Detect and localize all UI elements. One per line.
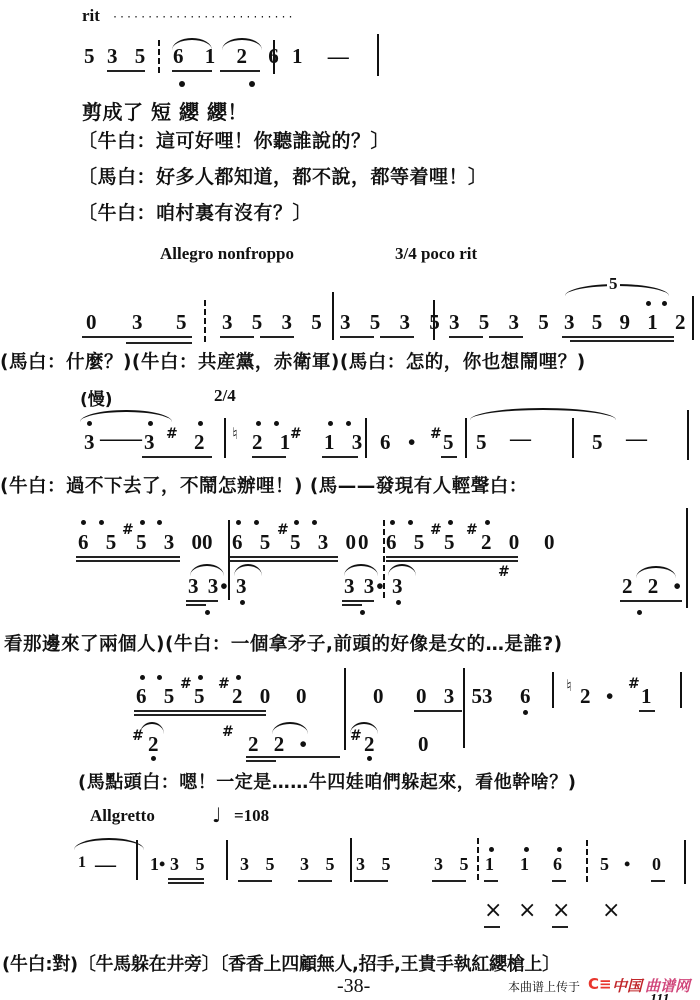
barline <box>136 840 138 880</box>
sixteenth-underline <box>260 336 294 338</box>
sixteenth-underline <box>562 336 674 338</box>
sixteenth-underline <box>76 556 180 558</box>
augmentation-dot: • <box>606 684 613 709</box>
note: 3 <box>392 574 403 599</box>
upper-octave-dot <box>328 421 333 426</box>
lower-octave-dot <box>205 610 210 615</box>
note-group: 3 5 <box>300 854 341 875</box>
percussion-cross: × <box>602 898 620 923</box>
eighth-underline <box>220 70 260 72</box>
sharp-sign: # <box>132 728 144 744</box>
note: 5 <box>476 430 487 455</box>
stage-direction-line: (牛白:對)〔牛馬躲在井旁〕〔香香上四顧無人,招手,王貴手執紅纓槍上〕 <box>2 950 560 976</box>
rest: 0 <box>296 684 307 709</box>
upper-octave-dot <box>140 675 145 680</box>
note-group: 3 3• <box>344 574 386 599</box>
upper-octave-dot <box>148 421 153 426</box>
dialogue-line: (牛白：過不下去了，不鬧怎辦哩！) (馬——發現有人輕聲白： <box>0 472 528 498</box>
lower-octave-dot <box>360 610 365 615</box>
barline <box>158 40 160 76</box>
corner-number: 111 <box>650 992 669 1000</box>
barline <box>344 668 346 750</box>
note: 6 <box>520 684 531 709</box>
note-group: 2 0 <box>232 684 276 709</box>
percussion-cross: × <box>518 898 536 923</box>
slur <box>80 410 172 422</box>
eighth-underline <box>552 926 568 928</box>
augmentation-dot: • <box>624 854 630 875</box>
upper-octave-dot <box>646 301 651 306</box>
note-group: 3 5 <box>170 854 211 875</box>
sharp-sign: # <box>466 522 478 538</box>
meter-marking: 3/4 poco rit <box>395 244 477 264</box>
lower-octave-dot <box>249 81 255 87</box>
note: 5 <box>84 44 95 69</box>
upper-octave-dot <box>408 520 413 525</box>
eighth-underline <box>620 600 682 602</box>
note-group: 5 3 0 <box>136 530 208 555</box>
sharp-sign: # <box>498 564 510 580</box>
sixteenth-underline <box>340 336 374 338</box>
note: 2 <box>194 430 205 455</box>
augmentation-dot: • <box>408 430 415 455</box>
note: 3 <box>132 310 143 335</box>
sixteenth-underline <box>380 336 414 338</box>
thirtysecond-underline <box>134 714 266 716</box>
barline <box>692 296 694 340</box>
note-group: 2 2 • <box>248 732 312 757</box>
upper-octave-dot <box>489 847 494 852</box>
tie <box>74 838 144 850</box>
watermark-logo-icon: C≡ <box>588 975 612 993</box>
sharp-sign: # <box>430 426 442 442</box>
sixteenth-underline <box>489 336 523 338</box>
eighth-underline <box>484 880 498 882</box>
percussion-cross: × <box>552 898 570 923</box>
lyrics-line: 剪成了 短 纓 纓！ <box>82 96 248 125</box>
upper-octave-dot <box>254 520 259 525</box>
eighth-underline <box>246 756 340 758</box>
eighth-underline <box>82 336 192 338</box>
upper-octave-dot <box>87 421 92 426</box>
note: 1 <box>641 684 652 709</box>
dialogue-line: (馬白：什麼？)(牛白：共産黨，赤衛軍)(馬白：怎的，你也想鬧哩？) <box>0 348 586 374</box>
upper-octave-dot <box>312 520 317 525</box>
sharp-sign: # <box>430 522 442 538</box>
rest: 0 <box>544 530 555 555</box>
barline <box>226 840 228 880</box>
thirtysecond-underline <box>76 560 180 562</box>
sharp-sign: # <box>180 676 192 692</box>
note: 5 <box>444 530 455 555</box>
note: 2 <box>148 732 159 757</box>
note: 3 <box>236 574 247 599</box>
sharp-sign: # <box>350 728 362 744</box>
upper-octave-dot <box>236 520 241 525</box>
tie <box>470 408 616 420</box>
upper-octave-dot <box>140 520 145 525</box>
lower-octave-dot <box>367 756 372 761</box>
natural-sign: ♮ <box>232 424 238 443</box>
note: 3 <box>84 430 95 455</box>
note-group: 3 5 <box>356 854 397 875</box>
note: 5 <box>176 310 187 335</box>
note: 2 <box>364 732 375 757</box>
percussion-cross: × <box>484 898 502 923</box>
eighth-underline <box>298 880 332 882</box>
note: 2 <box>580 684 591 709</box>
sixteenth-underline <box>230 556 338 558</box>
tempo-marking-rit: rit <box>82 6 100 26</box>
lower-octave-dot <box>240 600 245 605</box>
note-group: 6 1 2 6 <box>173 44 287 69</box>
note-group: 0 3 5 <box>416 684 488 709</box>
upper-octave-dot <box>557 847 562 852</box>
barline <box>686 508 688 608</box>
sharp-sign: # <box>222 724 234 740</box>
eighth-underline <box>484 926 500 928</box>
barline <box>552 672 554 708</box>
barline <box>204 300 206 344</box>
quarter-note-icon: ♩ <box>212 803 221 827</box>
barline <box>680 672 682 708</box>
note-group: 6 5 <box>136 684 180 709</box>
sixteenth-underline <box>126 342 192 344</box>
rest: 0 <box>358 530 369 555</box>
upper-octave-dot <box>81 520 86 525</box>
thirtysecond-underline <box>570 340 674 342</box>
rest: 0 <box>418 732 429 757</box>
dash: — <box>510 426 531 451</box>
sixteenth-underline <box>168 878 204 880</box>
sharp-sign: # <box>218 676 230 692</box>
upper-octave-dot <box>256 421 261 426</box>
barline <box>365 418 367 458</box>
sharp-sign: # <box>290 426 302 442</box>
note: 6 <box>553 854 562 875</box>
barline <box>586 840 588 882</box>
note: 0 <box>86 310 97 335</box>
barline <box>572 418 574 458</box>
note-group: 5 3 0 <box>290 530 362 555</box>
note: 3 <box>482 684 493 709</box>
upper-octave-dot <box>390 520 395 525</box>
sharp-sign: # <box>166 426 178 442</box>
barline <box>224 418 226 458</box>
barline <box>332 292 334 340</box>
lower-octave-dot <box>637 610 642 615</box>
eighth-underline <box>238 880 272 882</box>
barline <box>477 838 479 882</box>
note-group: 1 — <box>292 44 359 69</box>
note-group: 3 5 <box>434 854 475 875</box>
barline <box>465 418 467 458</box>
lower-octave-dot <box>523 710 528 715</box>
upper-octave-dot <box>157 520 162 525</box>
eighth-underline <box>432 880 466 882</box>
tempo-marking: Allgretto <box>90 806 155 826</box>
sixteenth-underline <box>186 600 218 602</box>
rest: 0 <box>202 530 213 555</box>
tempo-marking: Allegro nonfroppo <box>160 244 294 264</box>
eighth-underline <box>107 70 145 72</box>
thirtysecond-underline <box>186 604 206 606</box>
meter-marking: 2/4 <box>214 386 236 406</box>
barline <box>687 410 689 460</box>
barline <box>273 40 275 74</box>
sixteenth-underline <box>220 336 254 338</box>
note: 5 <box>194 684 205 709</box>
note-group: 2 2 • <box>622 574 686 599</box>
sixteenth-underline <box>342 600 374 602</box>
note-group: 6 5 <box>386 530 430 555</box>
dash: —— <box>100 426 142 451</box>
barline <box>377 34 379 76</box>
eighth-underline <box>172 70 212 72</box>
note-group: 3 5 <box>240 854 281 875</box>
dash: — <box>626 426 647 451</box>
eighth-underline <box>322 456 358 458</box>
eighth-underline <box>142 456 212 458</box>
rest: 0 <box>652 854 661 875</box>
upper-octave-dot <box>294 520 299 525</box>
sixteenth-underline <box>134 710 266 712</box>
eighth-underline <box>252 456 286 458</box>
dialogue-line: 〔牛白：這可好哩！你聽誰說的？〕 <box>78 126 390 153</box>
note-group: 3 3• <box>188 574 230 599</box>
sixteenth-underline <box>449 336 483 338</box>
watermark-text: 本曲谱上传于 <box>508 978 580 995</box>
eighth-underline <box>354 880 388 882</box>
sharp-sign: # <box>122 522 134 538</box>
upper-octave-dot <box>448 520 453 525</box>
note-group: 6 5 <box>232 530 276 555</box>
dialogue-line: 看那邊來了兩個人)(牛白：一個拿矛子,前頭的好像是女的…是誰?) <box>4 630 563 656</box>
eighth-underline <box>414 710 462 712</box>
rit-dotted-line: ·························· <box>112 12 295 23</box>
note-group: 6 5 <box>78 530 122 555</box>
note-group: 3 5 3 5 <box>340 310 447 335</box>
metronome-value: =108 <box>234 806 269 826</box>
natural-sign: ♮ <box>566 676 572 695</box>
thirtysecond-underline <box>386 560 518 562</box>
sixteenth-underline <box>246 760 276 762</box>
note-group: 3 5 3 5 <box>449 310 556 335</box>
upper-octave-dot <box>198 675 203 680</box>
lower-octave-dot <box>396 600 401 605</box>
note: 1 <box>78 854 86 872</box>
note: 5 <box>600 854 609 875</box>
note: 5 <box>592 430 603 455</box>
thirtysecond-underline <box>168 882 204 884</box>
eighth-underline <box>651 880 665 882</box>
barline <box>433 300 435 340</box>
sharp-sign: # <box>277 522 289 538</box>
upper-octave-dot <box>236 675 241 680</box>
note: 1 <box>485 854 494 875</box>
eighth-underline <box>552 880 566 882</box>
eighth-underline <box>639 710 655 712</box>
lower-octave-dot <box>151 756 156 761</box>
note-group: 1 3 <box>324 430 368 455</box>
thirtysecond-underline <box>342 604 362 606</box>
barline <box>350 838 352 882</box>
upper-octave-dot <box>198 421 203 426</box>
barline <box>684 840 686 884</box>
thirtysecond-underline <box>230 560 338 562</box>
upper-octave-dot <box>157 675 162 680</box>
sharp-sign: # <box>628 676 640 692</box>
note: 5 <box>443 430 454 455</box>
dialogue-line: 〔牛白：咱村裏有沒有？〕 <box>78 198 312 225</box>
note-group: 3 5 <box>107 44 151 69</box>
note-group: 2 0 <box>481 530 525 555</box>
upper-octave-dot <box>99 520 104 525</box>
upper-octave-dot <box>274 421 279 426</box>
lower-octave-dot <box>179 81 185 87</box>
barline <box>463 668 465 748</box>
upper-octave-dot <box>346 421 351 426</box>
note: 1 <box>520 854 529 875</box>
watermark-brand: 中国 <box>612 975 642 996</box>
dialogue-line: 〔馬白：好多人都知道，都不說，都等着哩！〕 <box>78 162 488 189</box>
upper-octave-dot <box>662 301 667 306</box>
upper-octave-dot <box>524 847 529 852</box>
page-number: -38- <box>337 975 370 998</box>
eighth-underline <box>441 456 457 458</box>
note: 6 <box>380 430 391 455</box>
note-group: 3 5 9 1 2 <box>564 310 692 335</box>
note-group: 3 5 3 5 <box>222 310 329 335</box>
tempo-marking-slow: (慢) <box>80 385 113 410</box>
dialogue-line: (馬點頭白：嗯！一定是……牛四娃咱們躲起來，看他幹啥？) <box>78 768 576 794</box>
rest: 0 <box>373 684 384 709</box>
note: 3 <box>144 430 155 455</box>
upper-octave-dot <box>485 520 490 525</box>
tuplet-number: 5 <box>607 274 620 294</box>
sixteenth-underline <box>386 556 518 558</box>
note: 1• <box>150 854 165 875</box>
dash: — <box>95 852 116 877</box>
